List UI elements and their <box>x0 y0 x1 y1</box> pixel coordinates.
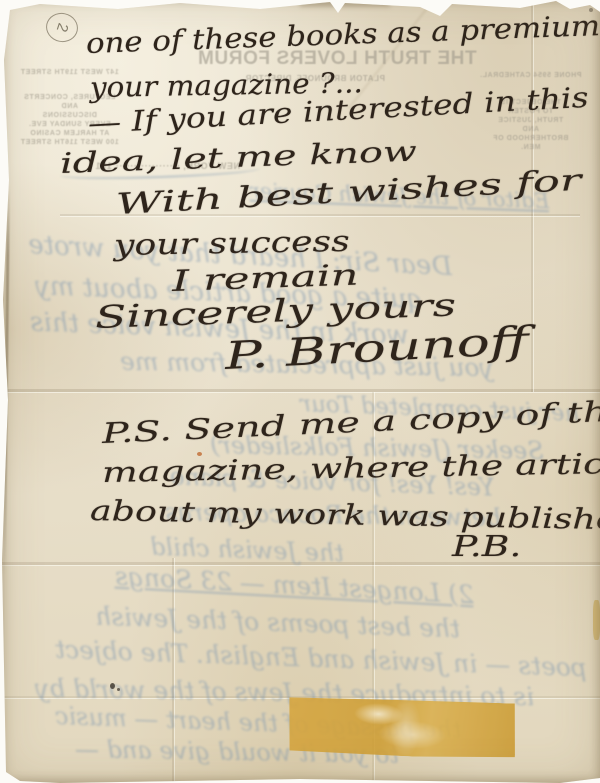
scanned-letter: THE TRUTH LOVERS FORUMPLATON BROUNOFF, D… <box>0 0 600 783</box>
pencil-page-number: 2 <box>43 10 80 45</box>
letterhead-bleed-line: MEN. <box>473 144 588 151</box>
letterhead-bleed-line: PHONE 5954 CATHEDRAL. <box>473 72 588 79</box>
bleed-script-line: poets — in Jewish and English. The objec… <box>55 637 588 681</box>
letterhead-bleed-line: AND <box>473 126 588 133</box>
letterhead-bleed-line: BROTHERHOOD OF <box>473 135 588 142</box>
tape-strip <box>285 694 517 760</box>
rust-speck <box>197 452 202 456</box>
handwriting-line: about my work was published. <box>90 497 600 535</box>
handwriting-line: P.B. <box>452 532 521 561</box>
paper-speck <box>589 8 593 12</box>
handwriting-line: I remain <box>171 260 359 295</box>
handwriting-line: your success <box>114 227 350 260</box>
bleed-script-line: the best poems of the Jewish <box>95 604 461 642</box>
handwriting-line: magazine, where the article <box>102 450 600 487</box>
bleed-script-line: the Jewish child <box>150 535 345 566</box>
paper-speck <box>572 2 581 7</box>
torn-edge <box>3 185 10 575</box>
letter-paper: THE TRUTH LOVERS FORUMPLATON BROUNOFF, D… <box>0 0 600 783</box>
handwriting-line: one of these books as a premium to <box>86 11 600 58</box>
torn-edge <box>300 0 390 7</box>
ink-speck <box>117 688 120 691</box>
tape-residue <box>593 600 600 640</box>
ink-speck <box>110 683 115 689</box>
bleed-script-line: 2) Longest Item — 23 Songs <box>115 564 475 608</box>
page-number-text: 2 <box>54 21 71 34</box>
